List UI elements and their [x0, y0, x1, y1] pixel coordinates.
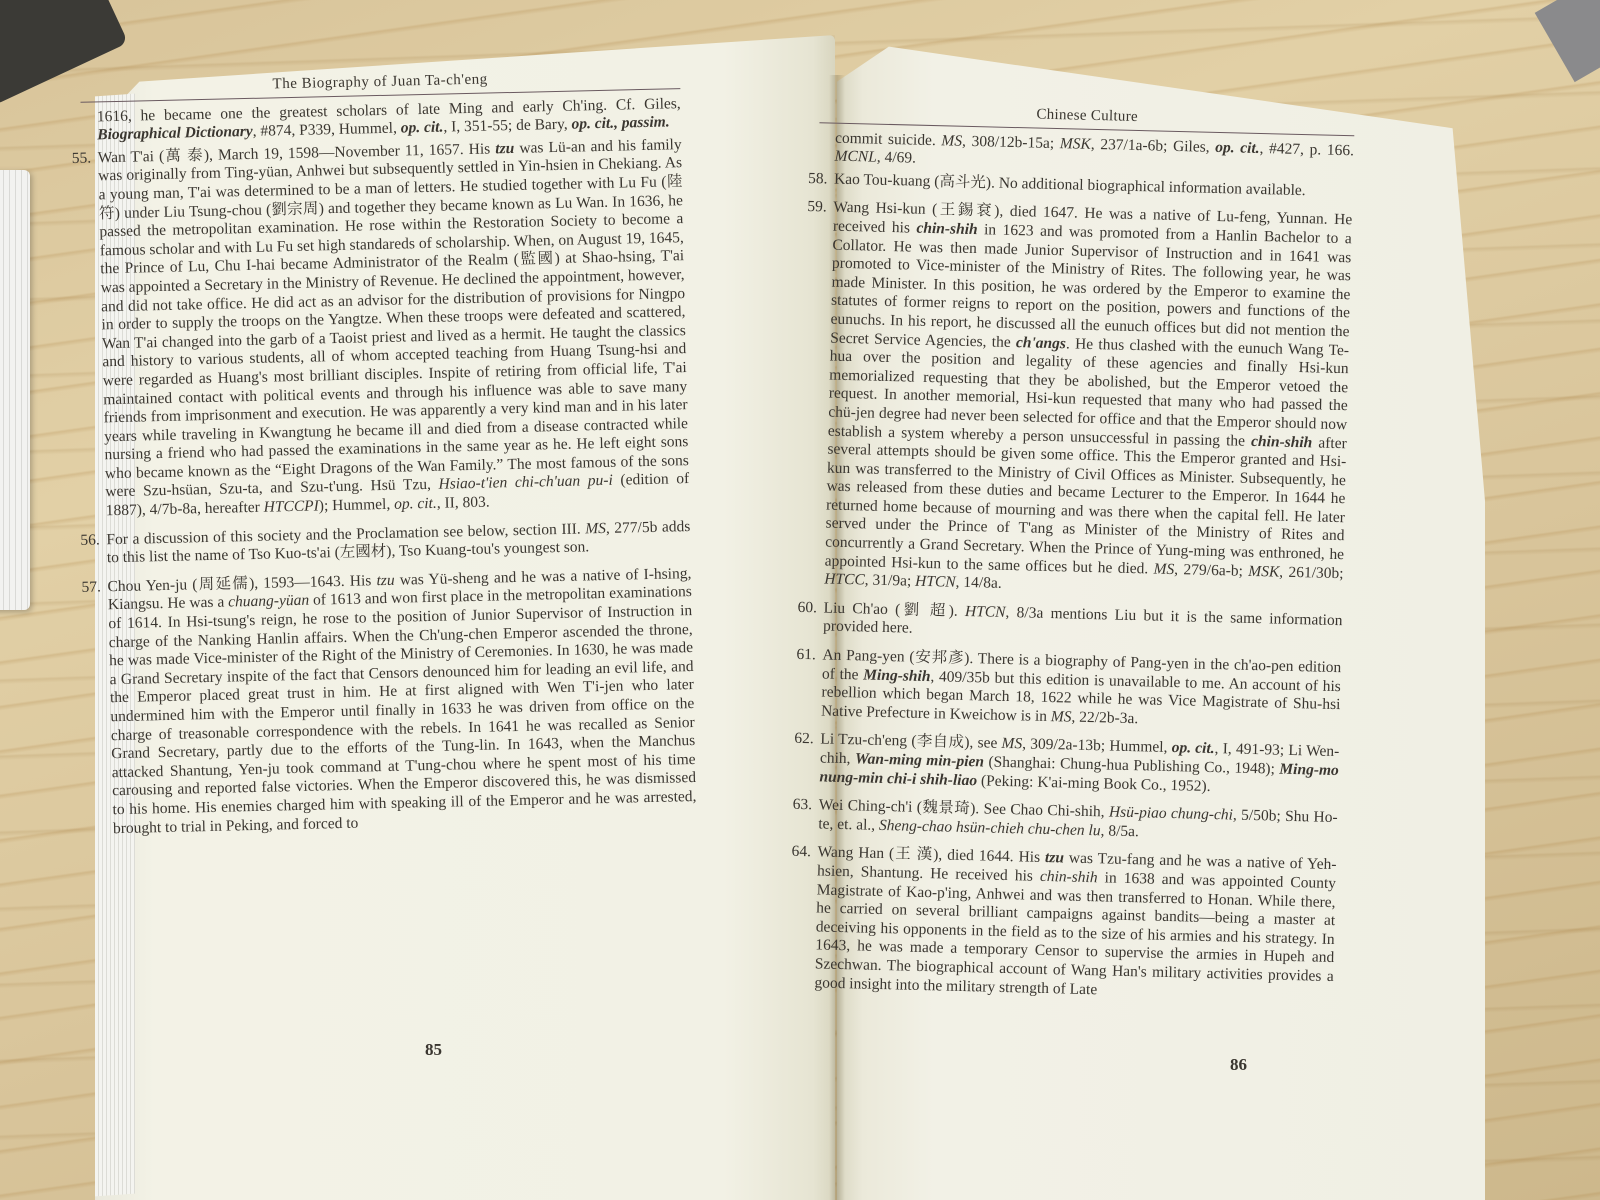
- footnote-57: 57.Chou Yen-ju (周延儒), 1593—1643. His tzu…: [81, 565, 697, 839]
- footnote-number: 59.: [807, 198, 827, 217]
- footnote-number: 62.: [794, 730, 814, 749]
- footnote-number: 61.: [796, 646, 816, 665]
- footnote-text: An Pang-yen (安邦彥). There is a biography …: [821, 647, 1342, 734]
- footnote-number: 57.: [81, 578, 101, 597]
- page-number-right: 86: [1230, 1055, 1247, 1075]
- footnote-number: 55.: [72, 149, 92, 168]
- left-footnotes: 1616, he became one the greatest scholar…: [71, 95, 697, 839]
- footnote-text: Chou Yen-ju (周延儒), 1593—1643. His tzu wa…: [107, 565, 697, 838]
- footnote-62: 62.Li Tzu-ch'eng (李自成), see MS, 309/2a-1…: [793, 730, 1339, 799]
- footnote-text: Wan T'ai (萬 泰), March 19, 1598—November …: [98, 136, 690, 521]
- footnote-text: Wei Ching-ch'i (魏景琦). See Chao Chi-shih,…: [818, 797, 1338, 847]
- footnote-text: Wang Hsi-kun (王錫袞), died 1647. He was a …: [824, 199, 1352, 602]
- footnote-number: 64.: [791, 843, 811, 862]
- footnote-56: 56.For a discussion of this society and …: [80, 518, 691, 569]
- footnote-number: 56.: [80, 531, 100, 550]
- footnote-text: Li Tzu-ch'eng (李自成), see MS, 309/2a-13b;…: [819, 731, 1339, 799]
- left-page-text: The Biography of Juan Ta-ch'eng 1616, he…: [70, 66, 697, 849]
- page-number-left: 85: [425, 1040, 442, 1060]
- footnote-59: 59.Wang Hsi-kun (王錫袞), died 1647. He was…: [798, 198, 1352, 602]
- footnote-text: Liu Ch'ao (劉 超). HTCN, 8/3a mentions Liu…: [823, 599, 1343, 649]
- footnote-number: 58.: [808, 170, 828, 189]
- right-footnotes: commit suicide. MS, 308/12b-15a; MSK, 23…: [788, 129, 1354, 1006]
- footnote-64: 64.Wang Han (王 漢), died 1644. His tzu wa…: [788, 843, 1336, 1005]
- footnote-60: 60.Liu Ch'ao (劉 超). HTCN, 8/3a mentions …: [797, 599, 1343, 649]
- footnote-61: 61.An Pang-yen (安邦彥). There is a biograp…: [795, 646, 1342, 734]
- footnote-text: For a discussion of this society and the…: [106, 518, 691, 568]
- footnote-55: 55.Wan T'ai (萬 泰), March 19, 1598—Novemb…: [72, 136, 690, 522]
- footnote-text: Wang Han (王 漢), died 1644. His tzu was T…: [814, 844, 1336, 1005]
- footnote-63: 63.Wei Ching-ch'i (魏景琦). See Chao Chi-sh…: [792, 796, 1338, 846]
- footnote-number: 60.: [797, 599, 817, 618]
- footnote-number: 63.: [793, 796, 813, 815]
- paper-stack-left: [0, 170, 30, 610]
- right-page-text: Chinese Culture commit suicide. MS, 308/…: [788, 100, 1355, 1015]
